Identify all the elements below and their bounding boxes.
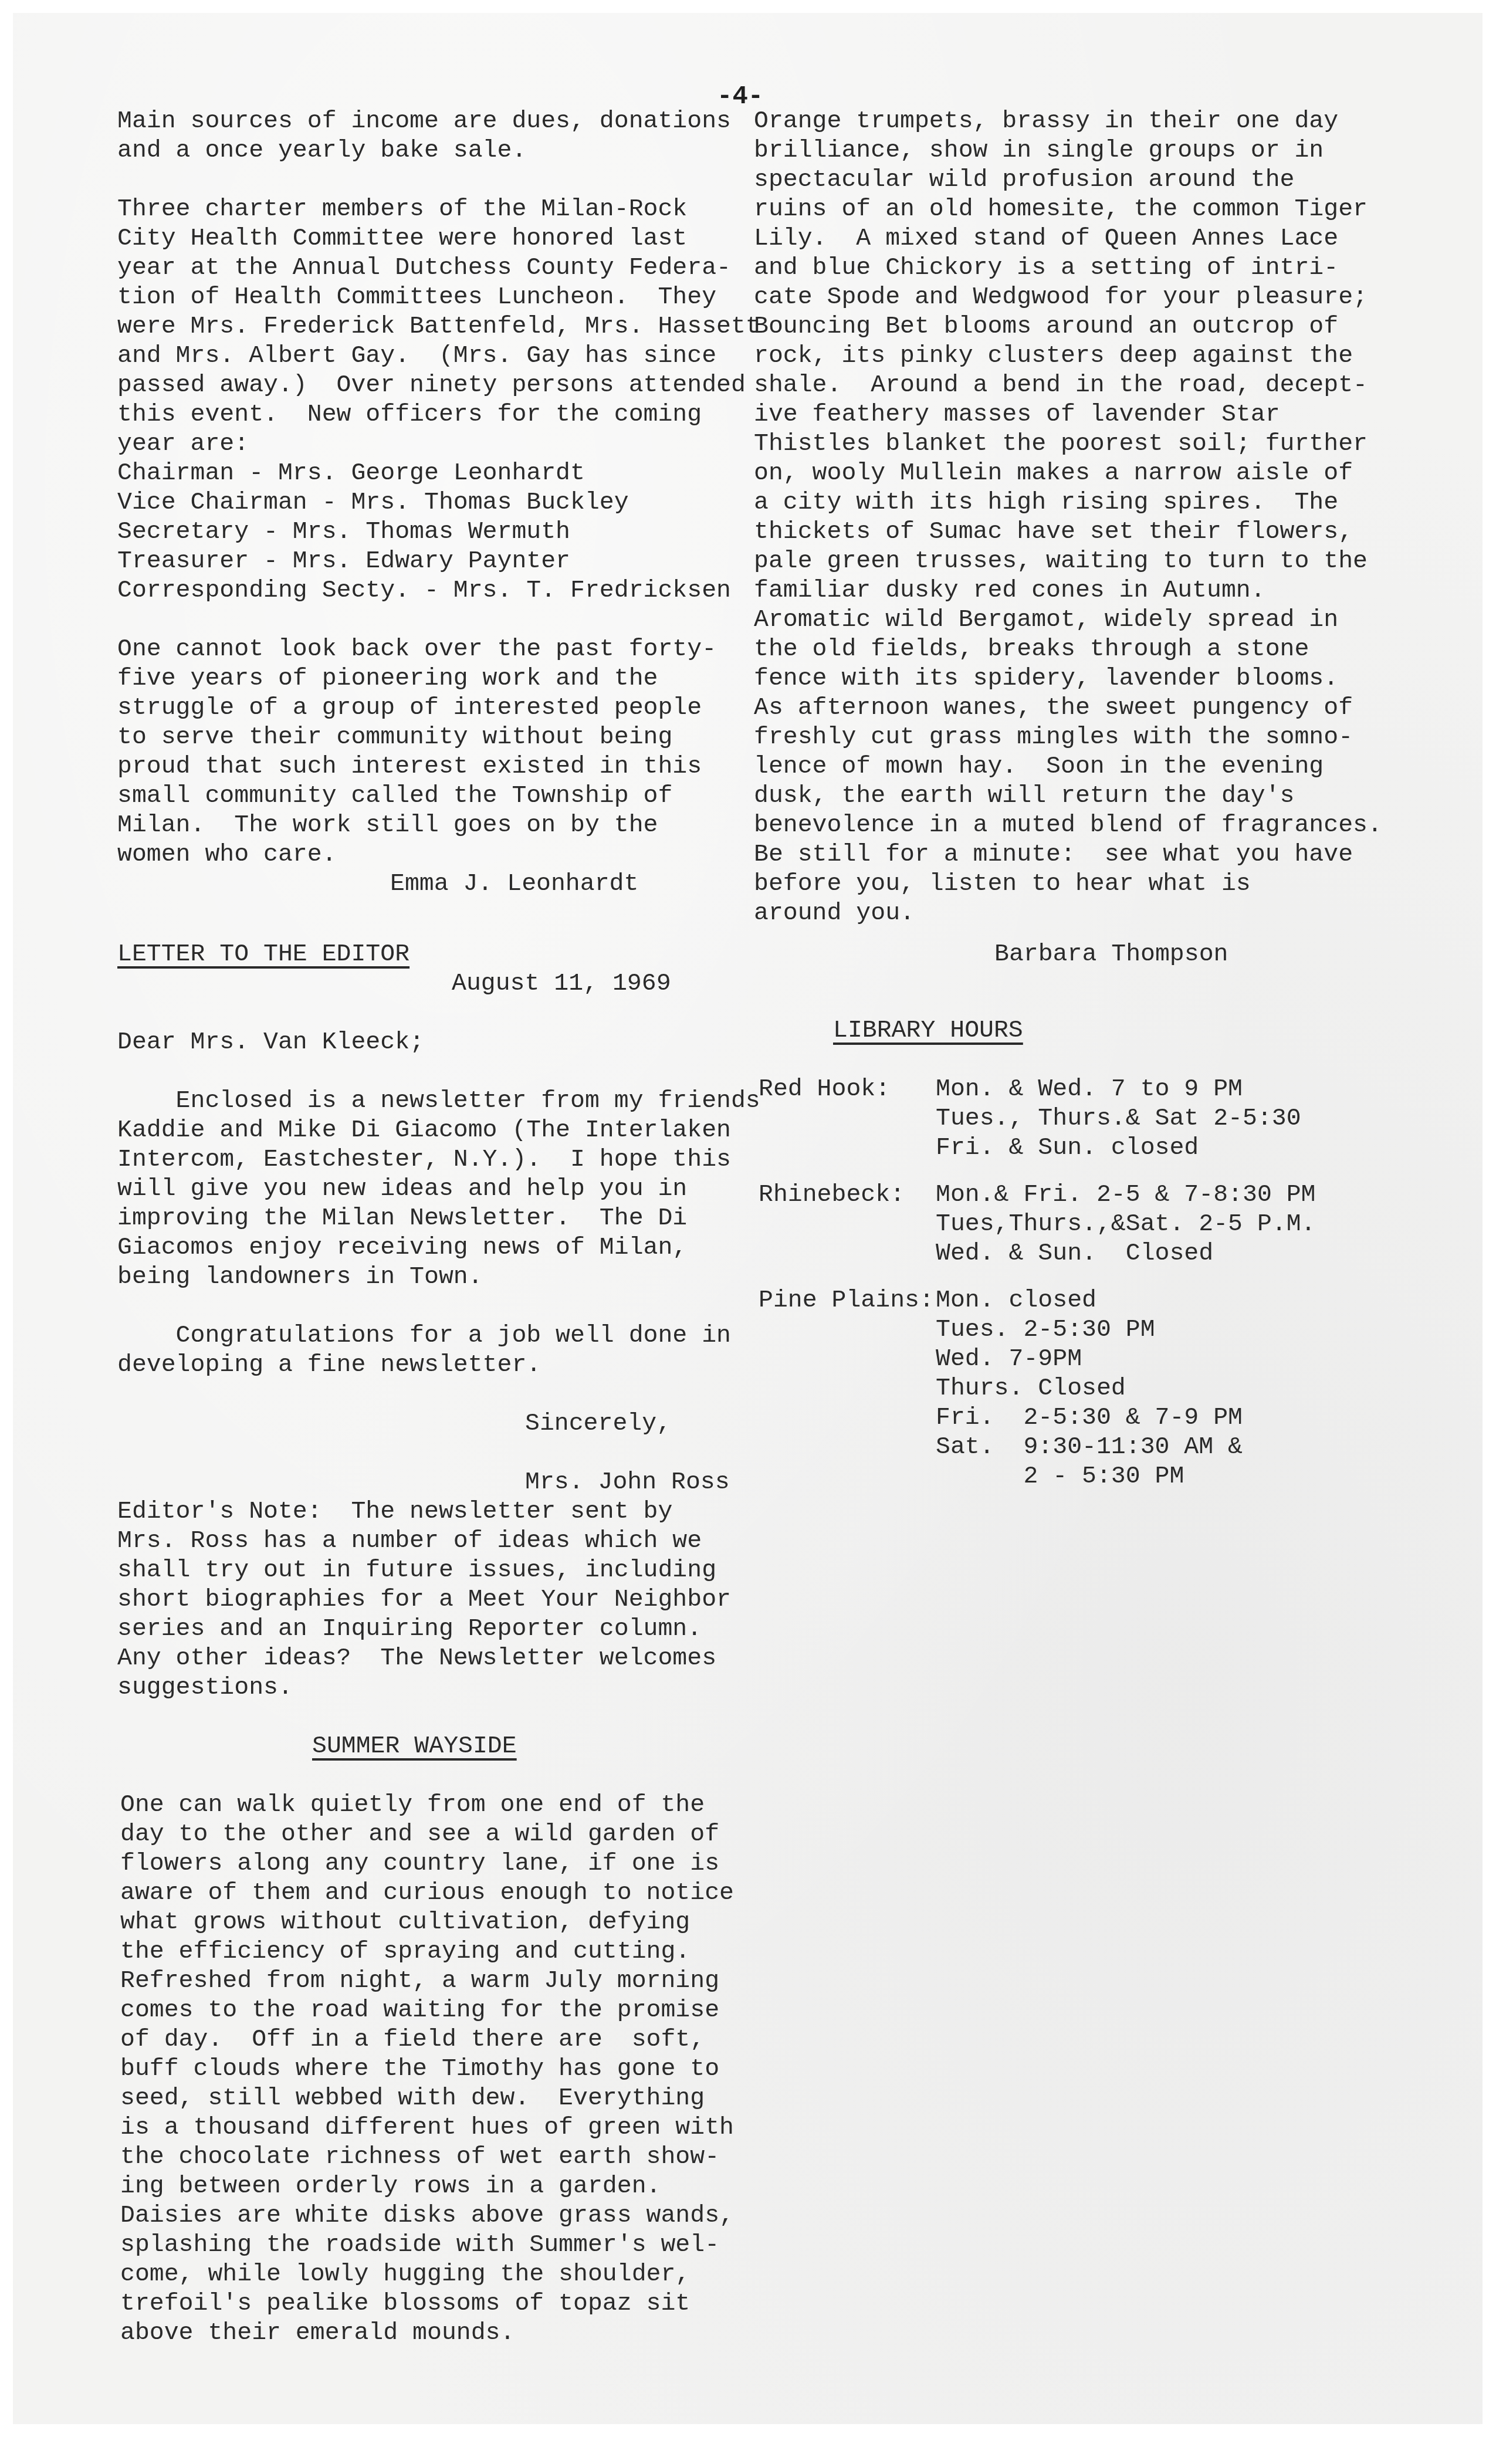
text-line: a city with its high rising spires. The: [754, 488, 1382, 517]
text-line: rock, its pinky clusters deep against th…: [754, 341, 1382, 371]
library-hours-values: Mon.& Fri. 2-5 & 7-8:30 PMTues,Thurs.,&S…: [936, 1180, 1316, 1268]
hours-line: Tues., Thurs.& Sat 2-5:30: [936, 1104, 1301, 1133]
text-line: fence with its spidery, lavender blooms.: [754, 664, 1382, 693]
text-line: before you, listen to hear what is: [754, 869, 1382, 899]
hours-line: 2 - 5:30 PM: [936, 1462, 1243, 1491]
text-line: developing a fine newsletter.: [117, 1351, 731, 1380]
text-line: ive feathery masses of lavender Star: [754, 400, 1382, 429]
text-line: Main sources of income are dues, donatio…: [117, 107, 731, 136]
text-line: Giacomos enjoy receiving news of Milan,: [117, 1233, 760, 1263]
text-line: five years of pioneering work and the: [117, 664, 716, 693]
text-line: Daisies are white disks above grass wand…: [120, 2201, 734, 2231]
text-line: seed, still webbed with dew. Everything: [120, 2084, 734, 2113]
text-line: the old fields, breaks through a stone: [754, 635, 1382, 664]
text-line: above their emerald mounds.: [120, 2319, 734, 2348]
article-signature: Emma J. Leonhardt: [390, 869, 638, 899]
text-line: is a thousand different hues of green wi…: [120, 2113, 734, 2143]
text-line: spectacular wild profusion around the: [754, 165, 1382, 195]
text-line: short biographies for a Meet Your Neighb…: [117, 1585, 731, 1615]
hours-line: Sat. 9:30-11:30 AM &: [936, 1433, 1243, 1462]
officer-entry: Corresponding Secty. - Mrs. T. Fredricks…: [117, 576, 731, 605]
text-line: ruins of an old homesite, the common Tig…: [754, 195, 1382, 224]
text-line: women who care.: [117, 840, 716, 869]
editors-note: Editor's Note: The newsletter sent byMrs…: [117, 1497, 731, 1703]
summer-wayside-heading: SUMMER WAYSIDE: [312, 1732, 517, 1761]
text-line: splashing the roadside with Summer's wel…: [120, 2231, 734, 2260]
officer-entry: Chairman - Mrs. George Leonhardt: [117, 459, 731, 488]
text-line: Lily. A mixed stand of Queen Annes Lace: [754, 224, 1382, 253]
text-line: passed away.) Over ninety persons attend…: [117, 371, 760, 400]
closing-paragraph: One cannot look back over the past forty…: [117, 635, 716, 869]
text-line: brilliance, show in single groups or in: [754, 136, 1382, 165]
text-line: will give you new ideas and help you in: [117, 1175, 760, 1204]
text-line: comes to the road waiting for the promis…: [120, 1996, 734, 2025]
text-line: day to the other and see a wild garden o…: [120, 1820, 734, 1849]
officer-entry: Secretary - Mrs. Thomas Wermuth: [117, 517, 731, 547]
text-line: series and an Inquiring Reporter column.: [117, 1615, 731, 1644]
letter-body-paragraph-2: Congratulations for a job well done inde…: [117, 1321, 731, 1380]
hours-line: Mon.& Fri. 2-5 & 7-8:30 PM: [936, 1180, 1316, 1210]
officers-list: Chairman - Mrs. George LeonhardtVice Cha…: [117, 459, 731, 605]
wayside-continued-paragraph: Orange trumpets, brassy in their one day…: [754, 107, 1382, 928]
letter-signature: Mrs. John Ross: [525, 1468, 730, 1497]
text-line: lence of mown hay. Soon in the evening: [754, 752, 1382, 781]
text-line: Refreshed from night, a warm July mornin…: [120, 1967, 734, 1996]
text-line: the efficiency of spraying and cutting.: [120, 1937, 734, 1967]
text-line: flowers along any country lane, if one i…: [120, 1849, 734, 1879]
text-line: cate Spode and Wedgwood for your pleasur…: [754, 283, 1382, 312]
library-hours-values: Mon. & Wed. 7 to 9 PMTues., Thurs.& Sat …: [936, 1075, 1301, 1163]
library-hours-heading: LIBRARY HOURS: [833, 1016, 1023, 1045]
text-line: being landowners in Town.: [117, 1263, 760, 1292]
hours-line: Wed. & Sun. Closed: [936, 1239, 1316, 1268]
hours-line: Mon. & Wed. 7 to 9 PM: [936, 1075, 1301, 1104]
hours-line: Fri. 2-5:30 & 7-9 PM: [936, 1403, 1243, 1433]
text-line: benevolence in a muted blend of fragranc…: [754, 811, 1382, 840]
text-line: freshly cut grass mingles with the somno…: [754, 723, 1382, 752]
text-line: familiar dusky red cones in Autumn.: [754, 576, 1382, 605]
text-line: pale green trusses, waiting to turn to t…: [754, 547, 1382, 576]
text-line: of day. Off in a field there are soft,: [120, 2025, 734, 2055]
letter-closing: Sincerely,: [525, 1409, 671, 1439]
letter-heading: LETTER TO THE EDITOR: [117, 940, 409, 969]
text-line: on, wooly Mullein makes a narrow aisle o…: [754, 459, 1382, 488]
summer-wayside-paragraph: One can walk quietly from one end of the…: [120, 1791, 734, 2348]
text-line: As afternoon wanes, the sweet pungency o…: [754, 693, 1382, 723]
charter-members-paragraph: Three charter members of the Milan-RockC…: [117, 195, 760, 459]
text-line: aware of them and curious enough to noti…: [120, 1879, 734, 1908]
text-line: Milan. The work still goes on by the: [117, 811, 716, 840]
text-line: Aromatic wild Bergamot, widely spread in: [754, 605, 1382, 635]
text-line: buff clouds where the Timothy has gone t…: [120, 2055, 734, 2084]
hours-line: Tues,Thurs.,&Sat. 2-5 P.M.: [936, 1210, 1316, 1239]
text-line: this event. New officers for the coming: [117, 400, 760, 429]
letter-salutation: Dear Mrs. Van Kleeck;: [117, 1028, 424, 1057]
hours-line: Tues. 2-5:30 PM: [936, 1315, 1243, 1345]
text-line: One can walk quietly from one end of the: [120, 1791, 734, 1820]
text-line: struggle of a group of interested people: [117, 693, 716, 723]
text-line: proud that such interest existed in this: [117, 752, 716, 781]
letter-body-paragraph-1: Enclosed is a newsletter from my friends…: [117, 1087, 760, 1292]
letter-date: August 11, 1969: [452, 969, 671, 999]
income-paragraph: Main sources of income are dues, donatio…: [117, 107, 731, 165]
text-line: tion of Health Committees Luncheon. They: [117, 283, 760, 312]
officer-entry: Treasurer - Mrs. Edwary Paynter: [117, 547, 731, 576]
text-line: dusk, the earth will return the day's: [754, 781, 1382, 811]
text-line: Kaddie and Mike Di Giacomo (The Interlak…: [117, 1116, 760, 1145]
text-line: improving the Milan Newsletter. The Di: [117, 1204, 760, 1233]
text-line: City Health Committee were honored last: [117, 224, 760, 253]
text-line: to serve their community without being: [117, 723, 716, 752]
text-line: and blue Chickory is a setting of intri-: [754, 253, 1382, 283]
hours-line: Thurs. Closed: [936, 1374, 1243, 1403]
text-line: Congratulations for a job well done in: [117, 1321, 731, 1351]
text-line: Intercom, Eastchester, N.Y.). I hope thi…: [117, 1145, 760, 1175]
text-line: shall try out in future issues, includin…: [117, 1556, 731, 1585]
text-line: Orange trumpets, brassy in their one day: [754, 107, 1382, 136]
text-line: Enclosed is a newsletter from my friends: [117, 1087, 760, 1116]
wayside-signature: Barbara Thompson: [994, 940, 1228, 969]
library-name: Red Hook:: [759, 1075, 890, 1104]
text-line: Be still for a minute: see what you have: [754, 840, 1382, 869]
text-line: small community called the Township of: [117, 781, 716, 811]
text-line: suggestions.: [117, 1673, 731, 1703]
text-line: come, while lowly hugging the shoulder,: [120, 2260, 734, 2289]
text-line: what grows without cultivation, defying: [120, 1908, 734, 1937]
text-line: around you.: [754, 899, 1382, 928]
officer-entry: Vice Chairman - Mrs. Thomas Buckley: [117, 488, 731, 517]
hours-line: Mon. closed: [936, 1286, 1243, 1315]
text-line: the chocolate richness of wet earth show…: [120, 2143, 734, 2172]
hours-line: Wed. 7-9PM: [936, 1345, 1243, 1374]
text-line: Thistles blanket the poorest soil; furth…: [754, 429, 1382, 459]
text-line: and a once yearly bake sale.: [117, 136, 731, 165]
text-line: and Mrs. Albert Gay. (Mrs. Gay has since: [117, 341, 760, 371]
library-hours-values: Mon. closedTues. 2-5:30 PMWed. 7-9PMThur…: [936, 1286, 1243, 1491]
text-line: trefoil's pealike blossoms of topaz sit: [120, 2289, 734, 2319]
text-line: One cannot look back over the past forty…: [117, 635, 716, 664]
text-line: ing between orderly rows in a garden.: [120, 2172, 734, 2201]
text-line: Mrs. Ross has a number of ideas which we: [117, 1527, 731, 1556]
text-line: Editor's Note: The newsletter sent by: [117, 1497, 731, 1527]
text-line: Any other ideas? The Newsletter welcomes: [117, 1644, 731, 1673]
text-line: year are:: [117, 429, 760, 459]
library-name: Rhinebeck:: [759, 1180, 905, 1210]
text-line: Bouncing Bet blooms around an outcrop of: [754, 312, 1382, 341]
text-line: shale. Around a bend in the road, decept…: [754, 371, 1382, 400]
library-name: Pine Plains:: [759, 1286, 934, 1315]
text-line: thickets of Sumac have set their flowers…: [754, 517, 1382, 547]
text-line: Three charter members of the Milan-Rock: [117, 195, 760, 224]
hours-line: Fri. & Sun. closed: [936, 1133, 1301, 1163]
text-line: were Mrs. Frederick Battenfeld, Mrs. Has…: [117, 312, 760, 341]
text-line: year at the Annual Dutchess County Feder…: [117, 253, 760, 283]
